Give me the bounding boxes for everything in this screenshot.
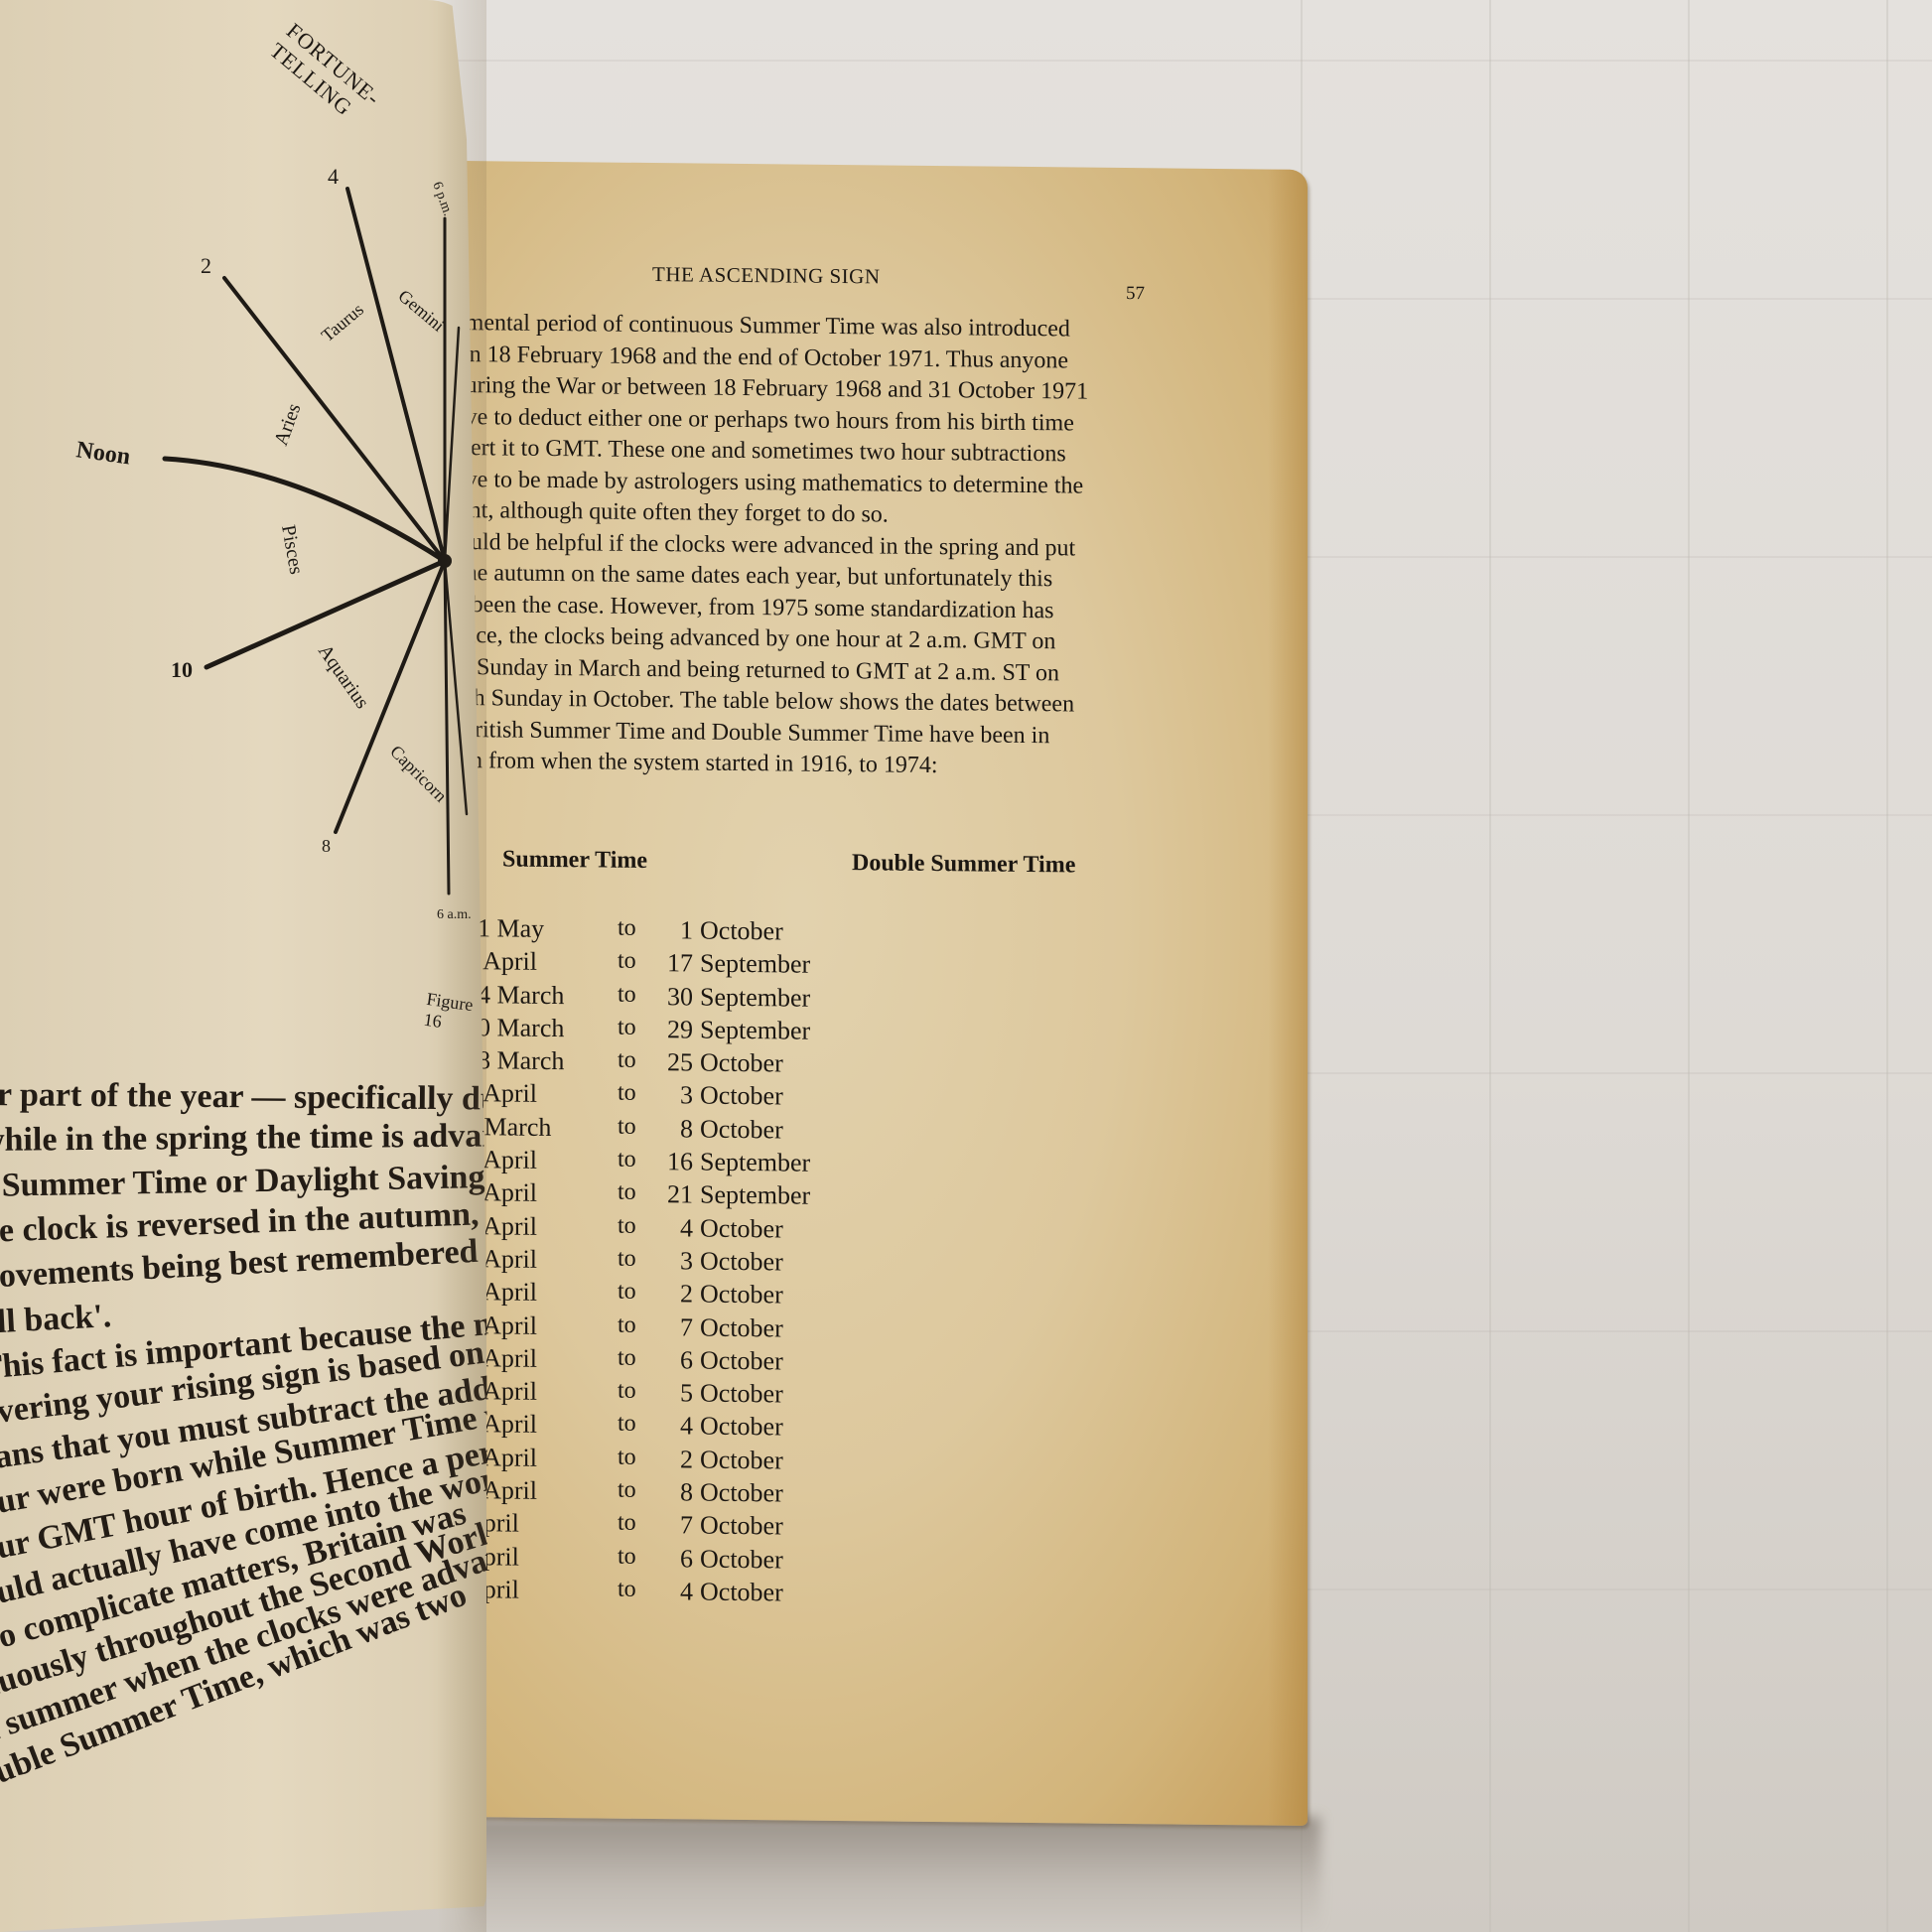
body-paragraph: imental period of continuous Summer Time… xyxy=(459,308,1154,784)
until-date: 29September xyxy=(657,1015,866,1046)
to-word: to xyxy=(618,1147,636,1173)
hour-label: 2 xyxy=(201,253,211,278)
table-header-double-summer-time: Double Summer Time xyxy=(852,850,1075,879)
until-month: October xyxy=(700,1511,783,1541)
until-date: 4October xyxy=(657,1577,866,1608)
until-date: 2October xyxy=(657,1445,866,1476)
hour-label: 6 p.m. xyxy=(429,180,455,217)
until-date: 21September xyxy=(657,1179,866,1211)
until-date: 3October xyxy=(657,1246,866,1278)
to-word: to xyxy=(618,1212,636,1239)
figure-caption: Figure 16 xyxy=(422,989,488,1038)
until-day: 6 xyxy=(657,1544,693,1574)
sign-label-capricorn: Capricorn xyxy=(386,742,451,806)
right-page: THE ASCENDING SIGN 57 imental period of … xyxy=(459,161,1308,1826)
until-month: October xyxy=(700,1577,783,1606)
until-date: 7October xyxy=(657,1510,866,1542)
to-word: to xyxy=(618,1477,636,1504)
hour-label: 8 xyxy=(322,836,331,856)
to-word: to xyxy=(618,1080,636,1107)
to-word: to xyxy=(618,1510,636,1537)
until-day: 21 xyxy=(657,1179,693,1209)
until-date: 6October xyxy=(657,1345,866,1377)
table-header-summer-time: Summer Time xyxy=(502,846,647,875)
until-month: October xyxy=(700,1280,783,1310)
to-word: to xyxy=(618,1543,636,1570)
to-word: to xyxy=(618,1047,636,1074)
until-month: September xyxy=(700,1148,810,1177)
until-month: September xyxy=(700,1180,810,1210)
until-day: 29 xyxy=(657,1015,693,1044)
until-day: 8 xyxy=(657,1114,693,1144)
sign-label-aries: Aries xyxy=(270,400,306,448)
to-word: to xyxy=(618,1279,636,1306)
until-day: 7 xyxy=(657,1312,693,1342)
to-word: to xyxy=(618,981,636,1008)
page-number: 57 xyxy=(1126,283,1145,305)
left-page-text: or part of the year — specifically durin… xyxy=(0,1072,496,1803)
until-month: October xyxy=(700,1379,783,1409)
until-month: October xyxy=(700,1478,783,1508)
until-day: 4 xyxy=(657,1412,693,1442)
until-month: October xyxy=(700,1345,783,1375)
to-word: to xyxy=(618,1246,636,1273)
until-day: 4 xyxy=(657,1577,693,1606)
until-month: October xyxy=(700,1081,783,1111)
until-date: 8October xyxy=(657,1477,866,1509)
until-date: 25October xyxy=(657,1047,866,1079)
until-date: 1October xyxy=(657,915,866,947)
until-month: October xyxy=(700,1114,783,1144)
until-day: 3 xyxy=(657,1081,693,1111)
hour-label: Noon xyxy=(74,437,132,470)
to-word: to xyxy=(618,1411,636,1438)
to-word: to xyxy=(618,1345,636,1372)
until-date: 8October xyxy=(657,1114,866,1146)
until-month: October xyxy=(700,1048,783,1078)
until-date: 3October xyxy=(657,1081,866,1113)
sign-label-pisces: Pisces xyxy=(277,523,307,576)
to-word: to xyxy=(618,948,636,975)
page-shadow xyxy=(467,1817,1320,1932)
left-page: FORTUNE-TELLING 4 6 p.m. 2 Noon 10 8 6 a… xyxy=(0,0,486,1932)
hour-label: 6 a.m. xyxy=(437,907,472,922)
running-head: THE ASCENDING SIGN xyxy=(652,262,881,289)
sign-label-aquarius: Aquarius xyxy=(314,640,373,713)
until-month: October xyxy=(700,1544,783,1574)
to-word: to xyxy=(618,1378,636,1405)
until-month: September xyxy=(700,949,810,979)
until-day: 17 xyxy=(657,948,693,978)
to-word: to xyxy=(618,1444,636,1470)
to-word: to xyxy=(618,915,636,942)
to-word: to xyxy=(618,1311,636,1338)
to-word: to xyxy=(618,1577,636,1603)
until-day: 8 xyxy=(657,1477,693,1507)
until-day: 25 xyxy=(657,1047,693,1077)
until-day: 7 xyxy=(657,1510,693,1540)
grid-line xyxy=(1688,0,1690,1932)
sign-label-taurus: Taurus xyxy=(318,299,367,345)
until-day: 6 xyxy=(657,1345,693,1375)
grid-line xyxy=(1886,0,1888,1932)
until-month: October xyxy=(700,1445,783,1474)
until-month: October xyxy=(700,1312,783,1342)
until-date: 16September xyxy=(657,1147,866,1178)
sign-label-gemini: Gemini xyxy=(394,286,448,336)
until-date: 4October xyxy=(657,1412,866,1444)
until-month: September xyxy=(700,1015,810,1044)
until-month: October xyxy=(700,916,783,946)
until-month: October xyxy=(700,1213,783,1243)
until-month: October xyxy=(700,1247,783,1277)
until-date: 7October xyxy=(657,1312,866,1344)
until-date: 6October xyxy=(657,1544,866,1576)
until-day: 2 xyxy=(657,1445,693,1474)
until-month: October xyxy=(700,1412,783,1442)
ascendant-hour-diagram: 4 6 p.m. 2 Noon 10 8 6 a.m. Gemini Tauru… xyxy=(0,0,486,993)
grid-line xyxy=(1489,0,1491,1932)
until-day: 5 xyxy=(657,1378,693,1408)
until-day: 3 xyxy=(657,1246,693,1276)
until-date: 17September xyxy=(657,948,866,980)
until-day: 16 xyxy=(657,1147,693,1176)
to-word: to xyxy=(618,1113,636,1140)
until-day: 30 xyxy=(657,982,693,1012)
until-date: 4October xyxy=(657,1213,866,1245)
until-date: 30September xyxy=(657,982,866,1014)
until-date: 2October xyxy=(657,1279,866,1311)
until-day: 4 xyxy=(657,1213,693,1243)
until-date: 5October xyxy=(657,1378,866,1410)
until-day: 2 xyxy=(657,1279,693,1309)
hour-label: 4 xyxy=(328,164,339,189)
until-month: September xyxy=(700,982,810,1012)
until-day: 1 xyxy=(657,915,693,945)
to-word: to xyxy=(618,1015,636,1041)
hour-label: 10 xyxy=(171,657,193,682)
to-word: to xyxy=(618,1179,636,1206)
